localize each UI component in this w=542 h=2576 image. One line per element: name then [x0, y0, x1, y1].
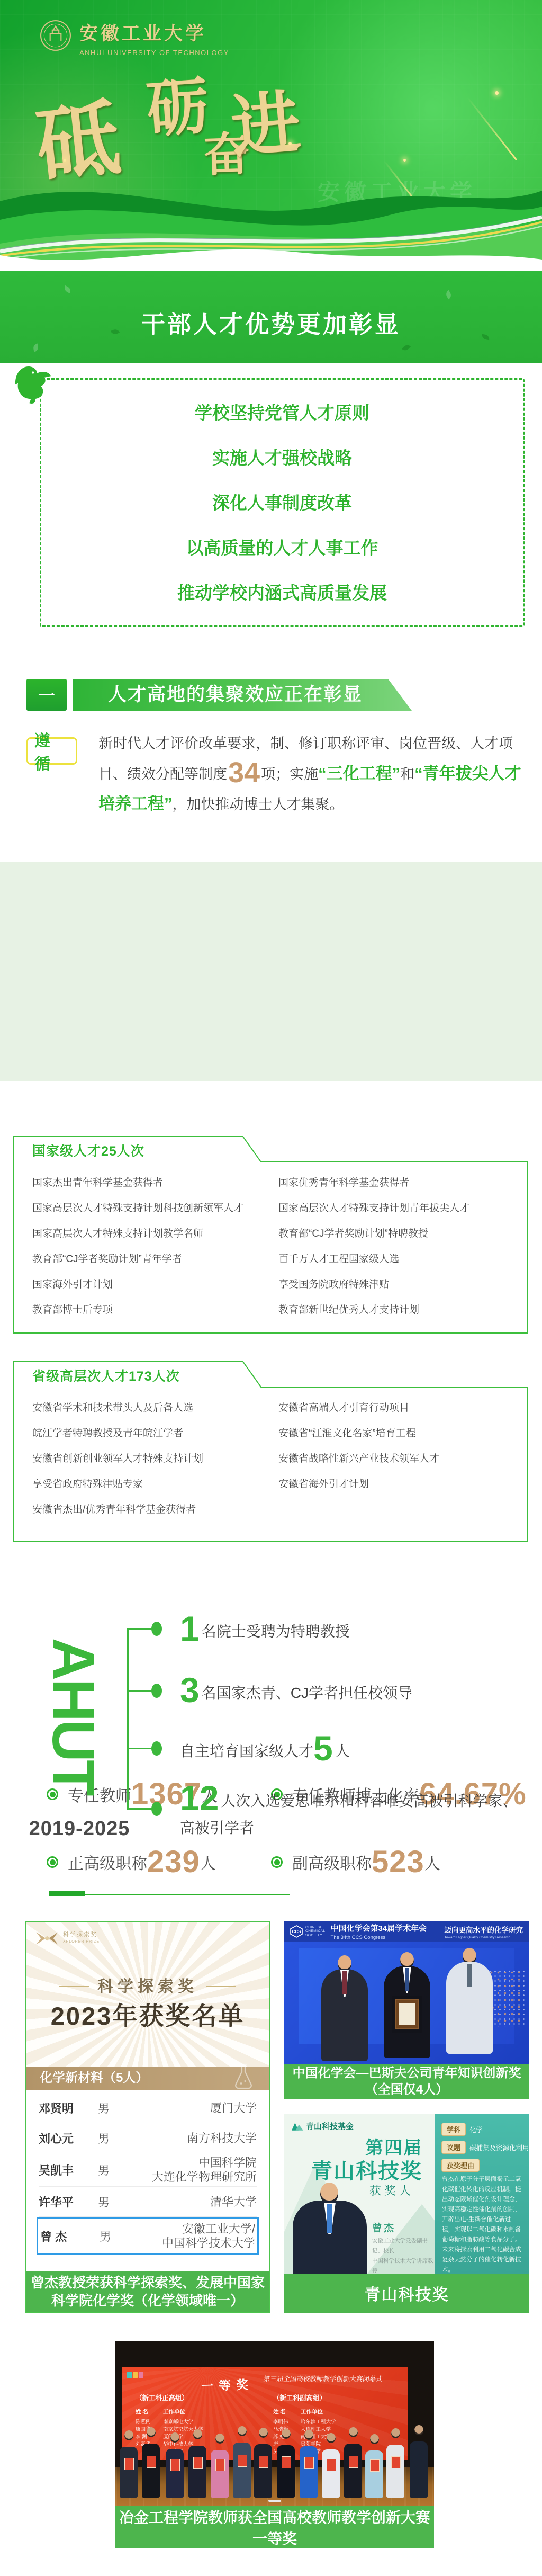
ccs-award-card: CCS CHINESE CHEMICAL SOCIETY 中国化学会第34届学术…	[284, 1921, 529, 2099]
timeline-dot	[151, 1684, 162, 1698]
certificate	[395, 1999, 419, 2029]
person-silhouette	[384, 1952, 430, 2058]
intro-line: 实施人才强校战略	[212, 435, 352, 480]
xplorer-logo-text: 科学探索奖 XPLORER PRIZE	[63, 1931, 100, 1945]
talent-item: 国家高层次人才特殊支持计划教学名师	[32, 1228, 269, 1239]
milestone-text: 人次入选爱思唯尔和科睿唯安高被引科学家、高被引学者	[180, 1793, 517, 1836]
stat-unit: 人	[424, 1850, 440, 1874]
person-silhouette	[321, 1955, 368, 2061]
dots-decoration	[488, 1969, 525, 2027]
para-seg2: 项；实施	[261, 766, 318, 782]
svg-text:CCS: CCS	[292, 1929, 302, 1934]
title-banner: 干部人才优势更加彰显	[0, 271, 542, 363]
provincial-items: 安徽省学术和技术带头人及后备人选 安徽省高端人才引育行动项目 皖江学者特聘教授及…	[32, 1402, 515, 1515]
university-name-cn: 安徽工业大学	[79, 19, 229, 46]
ccs-slogan: 迈向更高水平的化学研究 Toward Higher Quality Chemis…	[445, 1924, 523, 1939]
sparkle-decoration	[495, 91, 499, 95]
timeline-dot	[151, 1802, 162, 1816]
milestone-number: 3	[180, 1670, 202, 1710]
winner-name: 曾杰	[372, 2220, 395, 2234]
para-seg3: 和	[400, 766, 414, 782]
policy-paragraph: 新时代人才评价改革要求，制、修订职称评审、岗位晋级、人才项目、绩效分配等制度34…	[98, 729, 531, 819]
talent-item: 皖江学者特聘教授及青年皖江学者	[32, 1428, 269, 1439]
leaf-decoration	[402, 343, 411, 352]
university-emblem-icon	[39, 19, 72, 52]
talent-item: 教育部“CJ学者奖励计划”青年学者	[32, 1254, 269, 1265]
winner-title-line: 安徽工业大学党委副书记、校长	[372, 2236, 435, 2256]
col-org: 工作单位	[301, 2408, 323, 2416]
ccs-caption: 中国化学会—巴斯夫公司青年知识创新奖（全国仅4人）	[284, 2064, 529, 2099]
university-name-block: 安徽工业大学 ANHUI UNIVERSITY OF TECHNOLOGY	[79, 19, 229, 57]
talent-item: 国家优秀青年科学基金获得者	[278, 1177, 515, 1188]
winner-name: 刘心元	[39, 2130, 98, 2146]
qingshan-title-line2: 青山科技奖	[311, 2154, 422, 2185]
talent-item: 安徽省战略性新兴产业技术领军人才	[278, 1453, 515, 1464]
ccs-society-text: CHINESE CHEMICAL SOCIETY	[305, 1926, 326, 1938]
ahut-brand-text: AHUT	[41, 1615, 105, 1817]
mountain-logo-icon	[292, 2122, 303, 2131]
col-name: 姓 名	[273, 2408, 301, 2416]
winner-gender: 男	[100, 2228, 150, 2244]
intro-line: 以高质量的人才人事工作	[186, 525, 378, 570]
xplorer-winner-table: 邓贤明 男 厦门大学 刘心元 男 南方科技大学 吴凯丰 男 中国科学院 大连化学…	[26, 2093, 269, 2255]
topic-value: 碳捕集及资源化利用	[469, 2143, 529, 2152]
national-box-title: 国家级人才25人次	[32, 1141, 144, 1160]
milestone-pre: 自主培育国家级人才	[180, 1743, 313, 1759]
ccs-header-strip: CCS CHINESE CHEMICAL SOCIETY 中国化学会第34届学术…	[284, 1921, 529, 1942]
talent-item: 国家高层次人才特殊支持计划青年拔尖人才	[278, 1203, 515, 1214]
group-columns: 姓 名 工作单位	[273, 2408, 405, 2416]
provincial-box-title: 省级高层次人才173人次	[32, 1366, 180, 1385]
talent-item: 教育部新世纪优秀人才支持计划	[278, 1304, 515, 1316]
stat-value: 523	[372, 1847, 424, 1877]
winner-org: 安徽工业大学/ 中国科学技术大学	[150, 2222, 255, 2250]
stage-photo: 一等奖 第三届全国高校教师教学创新大赛闭幕式 （新工科正高组） 姓 名 工作单位…	[115, 2341, 434, 2506]
stat-item-associate-professor: 副高级职称 523 人	[271, 1840, 440, 1884]
leaf-decoration	[33, 343, 39, 352]
xplorer-logo-cn: 科学探索奖	[63, 1931, 100, 1938]
timeline-dot	[151, 1741, 162, 1756]
ccs-title-en: The 34th CCS Congress	[331, 1935, 427, 1940]
page-indicator-dash	[268, 2500, 281, 2502]
talent-item: 享受国务院政府特殊津贴	[278, 1279, 515, 1290]
xplorer-subtitle: 2023年获奖名单	[26, 1997, 269, 2032]
section-index-badge: 一	[26, 679, 67, 711]
xplorer-prize-card: 科学探索奖 XPLORER PRIZE 科学探索奖 2023年获奖名单 化学新材…	[25, 1921, 270, 2313]
xplorer-logo-en: XPLORER PRIZE	[63, 1938, 100, 1945]
bullet-icon	[271, 1856, 283, 1868]
milestone-number: 5	[313, 1729, 335, 1768]
person-silhouette	[287, 2183, 377, 2274]
milestone-text: 名国家杰青、CJ学者担任校领导	[202, 1685, 412, 1701]
xplorer-logo-icon	[35, 1931, 59, 1946]
ccs-logo-icon: CCS	[290, 1925, 303, 1938]
teaching-contest-card: 一等奖 第三届全国高校教师教学创新大赛闭幕式 （新工科正高组） 姓 名 工作单位…	[115, 2341, 434, 2548]
talent-item: 安徽省创新创业领军人才特殊支持计划	[32, 1453, 269, 1464]
winner-org: 清华大学	[149, 2195, 257, 2209]
table-row: 吴凯丰 男 中国科学院 大连化学物理研究所	[39, 2153, 257, 2187]
contest-caption: 冶金工程学院教师获全国高校教师教学创新大赛一等奖	[115, 2506, 434, 2548]
badge-row: 获奖理由	[441, 2159, 483, 2172]
milestone-text: 人	[335, 1743, 350, 1759]
qingshan-right-panel: 学科 化学 议题 碳捕集及资源化利用 获奖理由 曾杰在原子分子层面揭示二氧化碳催…	[435, 2114, 529, 2274]
stat-label: 正高级职称	[68, 1850, 147, 1874]
intro-line: 推动学校内涵式高质量发展	[177, 570, 387, 615]
winner-name: 曾 杰	[40, 2228, 100, 2244]
bullet-icon	[47, 1856, 58, 1868]
milestone-number: 1	[180, 1609, 202, 1648]
group-header: （新工科正高组）	[135, 2393, 268, 2402]
talent-item: 百千万人才工程国家级人选	[278, 1254, 515, 1265]
white-wave-decoration	[0, 234, 542, 271]
milestone-1: 1名院士受聘为特聘教授	[180, 1611, 523, 1646]
talent-item: 教育部“CJ学者奖励计划”特聘教授	[278, 1228, 515, 1239]
award-reason-text: 曾杰在原子分子层面揭示二氧化碳催化转化的反应机制，提出动态限域催化剂设计理念，实…	[442, 2175, 522, 2275]
qingshan-fund-logo: 青山科技基金	[292, 2121, 354, 2132]
stat-label: 副高级职称	[292, 1850, 372, 1874]
timeline-line	[127, 1629, 129, 1810]
university-logo: 安徽工业大学 ANHUI UNIVERSITY OF TECHNOLOGY	[39, 19, 229, 57]
table-row-highlighted: 曾 杰 男 安徽工业大学/ 中国科学技术大学	[37, 2217, 259, 2255]
milestone-text: 名院士受聘为特聘教授	[202, 1623, 350, 1640]
talent-item: 安徽省高端人才引育行动项目	[278, 1402, 515, 1414]
section-title: 人才高地的集聚效应正在彰显	[73, 679, 412, 711]
para-number-34: 34	[227, 757, 261, 789]
winner-gender: 男	[98, 2130, 149, 2146]
talent-item: 安徽省学术和技术带头人及后备人选	[32, 1402, 269, 1414]
xplorer-title: 科学探索奖	[26, 1973, 269, 1997]
talent-item: 国家杰出青年科学基金获得者	[32, 1177, 269, 1188]
page-title: 干部人才优势更加彰显	[0, 271, 542, 339]
para-highlight-1: “三化工程”	[318, 764, 400, 783]
ccs-slogan-en: Toward Higher Quality Chemistry Research	[445, 1936, 523, 1939]
reason-badge: 获奖理由	[441, 2159, 480, 2172]
table-row: 许华平 男 清华大学	[39, 2187, 257, 2217]
stat-value: 239	[147, 1847, 200, 1877]
col-org: 工作单位	[163, 2408, 185, 2416]
xplorer-caption: 曾杰教授荣获科学探索奖、发展中国家 科学院化学奖（化学领域唯一）	[26, 2271, 269, 2312]
stat-unit: 人	[200, 1850, 216, 1874]
para-seg4: ，加快推动博士人才集聚。	[173, 797, 344, 812]
talent-item: 国家海外引才计划	[32, 1279, 269, 1290]
timeline-stub	[127, 1690, 155, 1692]
talent-item	[278, 1504, 515, 1515]
first-prize-text: 一等奖	[201, 2375, 254, 2394]
winner-titles: 安徽工业大学党委副书记、校长 中国科学技术大学讲席教授	[372, 2236, 435, 2274]
awardee-row	[115, 2423, 434, 2498]
contest-title: 第三届全国高校教师教学创新大赛闭幕式	[263, 2374, 403, 2383]
hero-section: 安徽工业大学 ANHUI UNIVERSITY OF TECHNOLOGY 砥 …	[0, 0, 542, 271]
subject-badge: 学科	[441, 2123, 466, 2136]
national-items: 国家杰出青年科学基金获得者 国家优秀青年科学基金获得者 国家高层次人才特殊支持计…	[32, 1177, 515, 1316]
ccs-title-cn: 中国化学会第34届学术年会	[331, 1922, 427, 1934]
national-talent-box: 国家级人才25人次 国家杰出青年科学基金获得者 国家优秀青年科学基金获得者 国家…	[13, 1136, 528, 1334]
talent-item: 安徽省“江淮文化名家”培育工程	[278, 1428, 515, 1439]
zunxun-badge: 遵循	[26, 737, 77, 765]
group-columns: 姓 名 工作单位	[135, 2408, 268, 2416]
timeline-stub	[127, 1748, 155, 1749]
person-silhouette	[446, 1948, 493, 2054]
timeline-stub	[127, 1808, 155, 1810]
calligraphy-char-2: 砺	[143, 55, 212, 149]
stat-item-full-professor: 正高级职称 239 人	[47, 1840, 216, 1884]
ahut-period: 2019-2025	[21, 1818, 138, 1840]
talent-item: 教育部博士后专项	[32, 1304, 269, 1316]
xplorer-logo: 科学探索奖 XPLORER PRIZE	[35, 1931, 100, 1946]
winner-gender: 男	[98, 2100, 149, 2116]
milestone-3: 自主培育国家级人才5人	[180, 1731, 523, 1766]
group-header: （新工科副高组）	[273, 2393, 405, 2402]
winner-name: 邓贤明	[39, 2100, 98, 2116]
poster-page: 安徽工业大学 ANHUI UNIVERSITY OF TECHNOLOGY 砥 …	[0, 0, 542, 2576]
timeline-stub	[127, 1628, 155, 1630]
underline-decoration	[49, 1891, 290, 1896]
intro-line: 深化人事制度改革	[212, 480, 352, 525]
ccs-slogan-cn: 迈向更高水平的化学研究	[445, 1924, 523, 1935]
badge-row: 议题 碳捕集及资源化利用	[441, 2141, 529, 2154]
stats-band: 专任教师 1367 人 专任教师博士化率 64.67% 正高级职称 239 人 …	[0, 862, 542, 1081]
subject-value: 化学	[469, 2125, 483, 2134]
winner-gender: 男	[98, 2194, 149, 2210]
badge-row: 学科 化学	[441, 2123, 483, 2136]
qingshan-left-panel: 青山科技基金 第四届 青山科技奖 获奖人 曾杰 安徽工业大学党委副书记、校长 中…	[284, 2114, 435, 2274]
milestone-number: 12	[180, 1778, 221, 1818]
xplorer-category-banner: 化学新材料（5人）	[26, 2067, 269, 2090]
ccs-congress-title: 中国化学会第34届学术年会 The 34th CCS Congress	[331, 1922, 427, 1940]
provincial-talent-box: 省级高层次人才173人次 安徽省学术和技术带头人及后备人选 安徽省高端人才引育行…	[13, 1361, 528, 1542]
ccs-photo: CCS CHINESE CHEMICAL SOCIETY 中国化学会第34届学术…	[284, 1921, 529, 2064]
talent-item: 国家高层次人才特殊支持计划科技创新领军人才	[32, 1203, 269, 1214]
xplorer-category-label: 化学新材料（5人）	[40, 2071, 148, 2085]
talent-item: 安徽省杰出/优秀青年科学基金获得者	[32, 1504, 269, 1515]
timeline-dot	[151, 1622, 162, 1636]
winner-gender: 男	[98, 2162, 149, 2178]
winner-org: 南方科技大学	[149, 2131, 257, 2145]
intro-line: 学校坚持党管人才原则	[195, 390, 369, 435]
table-row: 刘心元 男 南方科技大学	[39, 2123, 257, 2153]
winner-org: 中国科学院 大连化学物理研究所	[149, 2155, 257, 2184]
intro-dashed-box: 学校坚持党管人才原则 实施人才强校战略 深化人事制度改革 以高质量的人才人事工作…	[40, 378, 525, 627]
qingshan-award-card: 青山科技基金 第四届 青山科技奖 获奖人 曾杰 安徽工业大学党委副书记、校长 中…	[284, 2114, 529, 2313]
qingshan-caption: 青山科技奖	[284, 2274, 529, 2313]
milestone-2: 3名国家杰青、CJ学者担任校领导	[180, 1672, 523, 1707]
sparkle-decoration	[288, 142, 292, 145]
qingshan-fund-name: 青山科技基金	[306, 2121, 354, 2132]
winner-name: 吴凯丰	[39, 2162, 98, 2178]
topic-badge: 议题	[441, 2141, 466, 2154]
talent-item: 享受省政府特殊津贴专家	[32, 1479, 269, 1490]
flask-icon	[229, 2060, 258, 2094]
winner-name: 许华平	[39, 2194, 98, 2210]
col-name: 姓 名	[135, 2408, 163, 2416]
milestone-4: 12人次入选爱思唯尔和科睿唯安高被引科学家、高被引学者	[180, 1781, 523, 1841]
winner-title-line: 中国科学技术大学讲席教授	[372, 2256, 435, 2274]
winner-org: 厦门大学	[149, 2101, 257, 2115]
contest-logo-icon	[127, 2372, 143, 2378]
table-row: 邓贤明 男 厦门大学	[39, 2093, 257, 2123]
university-name-en: ANHUI UNIVERSITY OF TECHNOLOGY	[79, 49, 229, 57]
talent-item: 安徽省海外引才计划	[278, 1479, 515, 1490]
